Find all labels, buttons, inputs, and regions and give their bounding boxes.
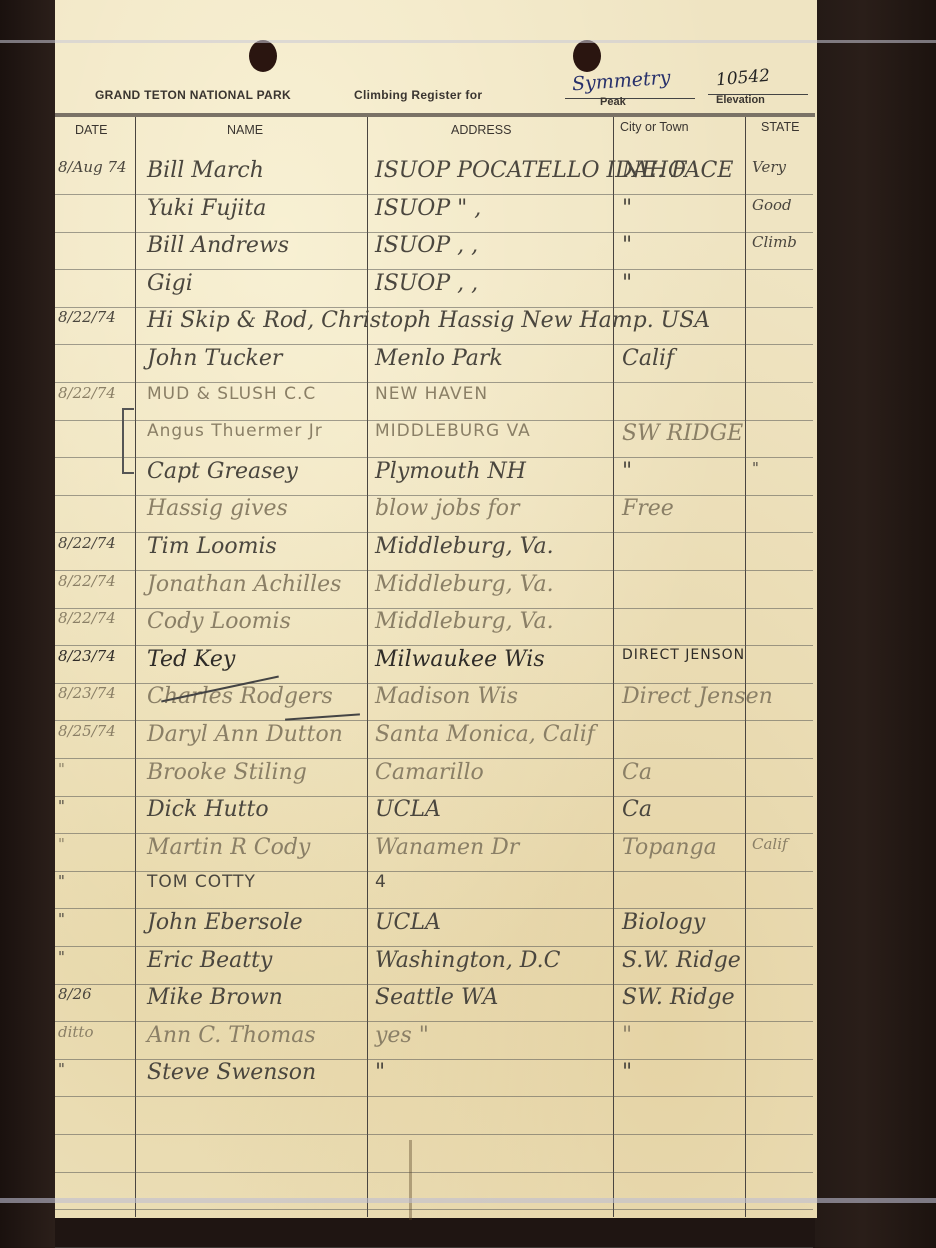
entry-address: ISUOP , , [375, 271, 478, 296]
entry-city: Topanga [622, 835, 717, 860]
entry-name: Ted Key [147, 647, 235, 672]
entry-address: ISUOP , , [375, 233, 478, 258]
entry-name: John Ebersole [147, 910, 303, 935]
entry-address: Wanamen Dr [375, 835, 519, 860]
column-header-address: ADDRESS [451, 123, 511, 137]
wire [0, 40, 936, 43]
entry-date: " [58, 835, 65, 853]
bracket-mark [122, 408, 134, 474]
background-right [815, 0, 936, 1248]
entry-name: Bill March [147, 158, 264, 183]
entry-address: ISUOP " , [375, 196, 481, 221]
background-left [0, 0, 55, 1248]
entry-date: 8/Aug 74 [58, 158, 127, 176]
wire [0, 1198, 936, 1203]
entry-city: " [622, 233, 632, 258]
ruled-line [55, 1209, 813, 1210]
entry-name: Bill Andrews [147, 233, 289, 258]
entry-state: Calif [752, 835, 788, 853]
punch-hole [249, 40, 277, 72]
entry-date: " [58, 872, 65, 890]
entry-city: Direct Jensen [622, 684, 773, 709]
entry-address: yes " [375, 1023, 429, 1048]
register-label: Climbing Register for [354, 88, 482, 102]
entry-date: 8/22/74 [58, 384, 116, 402]
entry-state: " [752, 459, 759, 477]
entry-date: " [58, 760, 65, 778]
entry-city: Biology [622, 910, 705, 935]
column-header-city: City or Town [620, 120, 689, 134]
column-header-date: DATE [75, 123, 107, 137]
entry-address: Seattle WA [375, 985, 498, 1010]
entry-date: " [58, 910, 65, 928]
entry-city: Free [622, 496, 674, 521]
entry-name: Capt Greasey [147, 459, 298, 484]
entry-name: Yuki Fujita [147, 196, 266, 221]
entry-name: Brooke Stiling [147, 760, 307, 785]
entry-name: Tim Loomis [147, 534, 277, 559]
entry-address: Middleburg, Va. [375, 572, 554, 597]
entry-name: Angus Thuermer Jr [147, 421, 323, 441]
entry-city: " [622, 459, 632, 484]
entry-date: 8/23/74 [58, 647, 116, 665]
entry-address: 4 [375, 872, 387, 892]
entry-state: Climb [752, 233, 797, 251]
entry-city: " [622, 271, 632, 296]
column-header-state: STATE [761, 120, 799, 134]
entry-name: Ann C. Thomas [147, 1023, 316, 1048]
entry-name: Mike Brown [147, 985, 283, 1010]
column-divider [745, 117, 746, 1217]
entry-date: 8/22/74 [58, 534, 116, 552]
entry-address: UCLA [375, 910, 441, 935]
entry-name: Steve Swenson [147, 1060, 316, 1085]
entry-address: blow jobs for [375, 496, 520, 521]
entry-city: NE. FACE [622, 158, 733, 183]
punch-hole [573, 40, 601, 72]
entry-date: " [58, 797, 65, 815]
paper-tear [409, 1140, 412, 1220]
entry-name: John Tucker [147, 346, 282, 371]
entry-address: MIDDLEBURG VA [375, 421, 531, 441]
entry-city: DIRECT JENSON [622, 647, 745, 663]
column-divider [613, 117, 614, 1217]
entry-name: Dick Hutto [147, 797, 269, 822]
entry-city: " [622, 1060, 632, 1085]
column-divider [367, 117, 368, 1217]
entry-city: SW. Ridge [622, 985, 735, 1010]
entry-date: " [58, 1060, 65, 1078]
entry-address: NEW HAVEN [375, 384, 488, 404]
ruled-line [55, 1096, 813, 1097]
entry-name: MUD & SLUSH C.C [147, 384, 316, 404]
column-header-name: NAME [227, 123, 263, 137]
entry-state: Good [752, 196, 792, 214]
entry-name: TOM COTTY [147, 872, 256, 892]
entry-address: Washington, D.C [375, 948, 561, 973]
header-rule [55, 113, 815, 117]
entry-address: Middleburg, Va. [375, 609, 554, 634]
entry-city: " [622, 1023, 632, 1048]
entry-address: " [375, 1060, 385, 1085]
entry-name: Hassig gives [147, 496, 288, 521]
entry-name: Martin R Cody [147, 835, 310, 860]
entry-name: Cody Loomis [147, 609, 291, 634]
entry-date: 8/22/74 [58, 572, 116, 590]
entry-address: Santa Monica, Calif [375, 722, 595, 747]
ruled-line [55, 1134, 813, 1135]
entry-city: S.W. Ridge [622, 948, 741, 973]
entry-date: 8/22/74 [58, 308, 116, 326]
column-divider [135, 117, 136, 1217]
peak-line [565, 98, 695, 99]
entry-name: Hi Skip & Rod, Christoph Hassig New Hamp… [147, 308, 710, 333]
entry-date: 8/22/74 [58, 609, 116, 627]
entry-name: Gigi [147, 271, 193, 296]
entry-address: UCLA [375, 797, 441, 822]
entry-name: Jonathan Achilles [147, 572, 341, 597]
entry-state: Very [752, 158, 786, 176]
peak-label: Peak [600, 96, 626, 108]
entry-address: Menlo Park [375, 346, 503, 371]
entry-city: SW RIDGE [622, 421, 743, 446]
elevation-label: Elevation [716, 94, 765, 106]
entry-city: Calif [622, 346, 674, 371]
entry-city: Ca [622, 797, 652, 822]
entry-address: Plymouth NH [375, 459, 526, 484]
entry-city: Ca [622, 760, 652, 785]
entry-date: 8/25/74 [58, 722, 116, 740]
entry-address: Milwaukee Wis [375, 647, 545, 672]
park-name: GRAND TETON NATIONAL PARK [95, 88, 291, 102]
entry-address: Madison Wis [375, 684, 518, 709]
entry-date: 8/23/74 [58, 684, 116, 702]
entry-name: Eric Beatty [147, 948, 272, 973]
entry-address: Middleburg, Va. [375, 534, 554, 559]
entry-city: " [622, 196, 632, 221]
entry-address: Camarillo [375, 760, 484, 785]
entry-name: Daryl Ann Dutton [147, 722, 343, 747]
entry-date: 8/26 [58, 985, 92, 1003]
entry-date: ditto [58, 1023, 94, 1041]
entry-date: " [58, 948, 65, 966]
ruled-line [55, 1172, 813, 1173]
